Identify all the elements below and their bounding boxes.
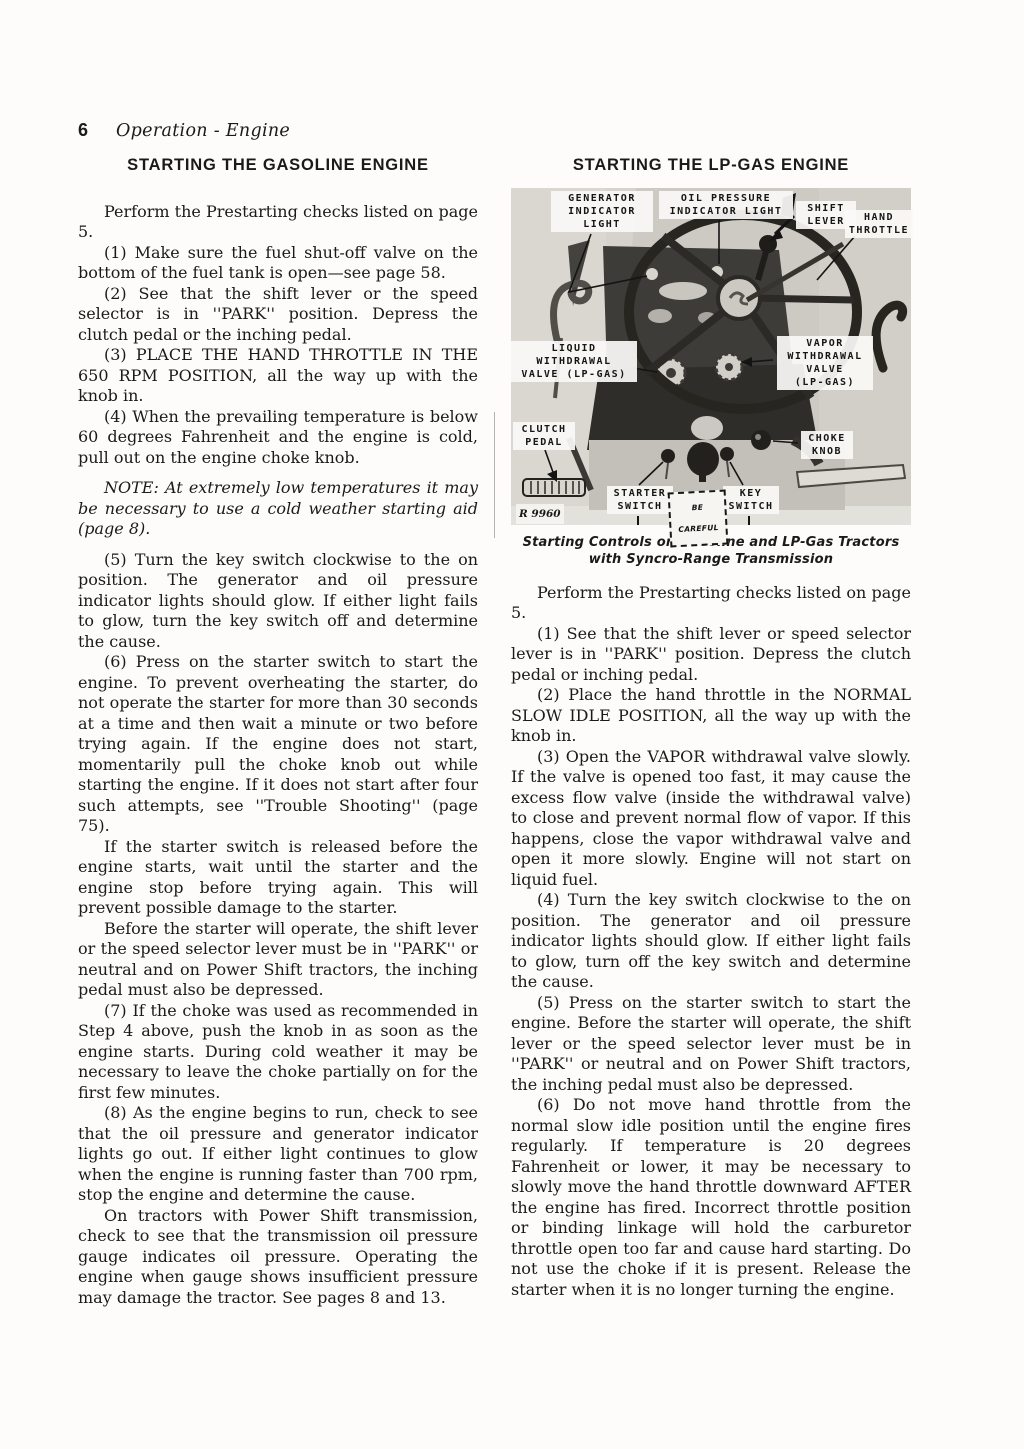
photo-reference-number: R 9960 (516, 504, 564, 525)
paragraph: (3) PLACE THE HAND THROTTLE IN THE 650 R… (78, 345, 478, 407)
paragraph: (7) If the choke was used as recommended… (78, 1001, 478, 1104)
paragraph: (1) Make sure the fuel shut-off valve on… (78, 243, 478, 284)
starting-controls-figure: GENERATOR INDICATOR LIGHT OIL PRESSURE I… (511, 188, 911, 525)
paragraph: (5) Press on the starter switch to start… (511, 993, 911, 1096)
paragraph: (5) Turn the key switch clockwise to the… (78, 550, 478, 653)
figure-label-vapor-withdrawal-valve: VAPOR WITHDRAWAL VALVE (LP-GAS) (777, 336, 873, 390)
paragraph: (1) See that the shift lever or speed se… (511, 624, 911, 686)
paragraph: On tractors with Power Shift transmissio… (78, 1206, 478, 1309)
figure-label-generator-indicator-light: GENERATOR INDICATOR LIGHT (551, 191, 653, 232)
be-careful-decal: BE CAREFUL (668, 489, 729, 547)
paragraph: (3) Open the VAPOR withdrawal valve slow… (511, 747, 911, 891)
figure-label-starter-switch: STARTER SWITCH (607, 486, 673, 514)
figure-label-oil-pressure-indicator-light: OIL PRESSURE INDICATOR LIGHT (659, 191, 793, 219)
column-gutter-rule (494, 412, 495, 538)
manual-page: 6Operation - Engine STARTING THE GASOLIN… (0, 0, 1024, 1449)
paragraph: (2) See that the shift lever or the spee… (78, 284, 478, 346)
figure-label-key-switch: KEY SWITCH (723, 486, 779, 514)
figure-label-hand-throttle: HAND THROTTLE (845, 210, 913, 238)
note-paragraph: NOTE: At extremely low temperatures it m… (78, 478, 478, 540)
page-header: 6Operation - Engine (78, 120, 578, 141)
paragraph: (4) Turn the key switch clockwise to the… (511, 890, 911, 993)
paragraph: Perform the Prestarting checks listed on… (78, 202, 478, 243)
figure-label-choke-knob: CHOKE KNOB (801, 431, 853, 459)
right-column: STARTING THE LP-GAS ENGINE (511, 155, 911, 1300)
paragraph: (6) Do not move hand throttle from the n… (511, 1095, 911, 1300)
right-column-heading: STARTING THE LP-GAS ENGINE (511, 155, 911, 176)
left-column: STARTING THE GASOLINE ENGINE Perform the… (78, 155, 478, 1308)
paragraph: (4) When the prevailing temperature is b… (78, 407, 478, 469)
paragraph: (6) Press on the starter switch to start… (78, 652, 478, 837)
paragraph: (8) As the engine begins to run, check t… (78, 1103, 478, 1206)
figure-label-clutch-pedal: CLUTCH PEDAL (513, 422, 575, 450)
paragraph: Before the starter will operate, the shi… (78, 919, 478, 1001)
paragraph: Perform the Prestarting checks listed on… (511, 583, 911, 624)
left-column-heading: STARTING THE GASOLINE ENGINE (78, 155, 478, 176)
running-title: Operation - Engine (116, 121, 290, 141)
paragraph: (2) Place the hand throttle in the NORMA… (511, 685, 911, 747)
paragraph: If the starter switch is released before… (78, 837, 478, 919)
figure-label-liquid-withdrawal-valve: LIQUID WITHDRAWAL VALVE (LP-GAS) (511, 341, 637, 382)
page-number: 6 (78, 120, 88, 140)
